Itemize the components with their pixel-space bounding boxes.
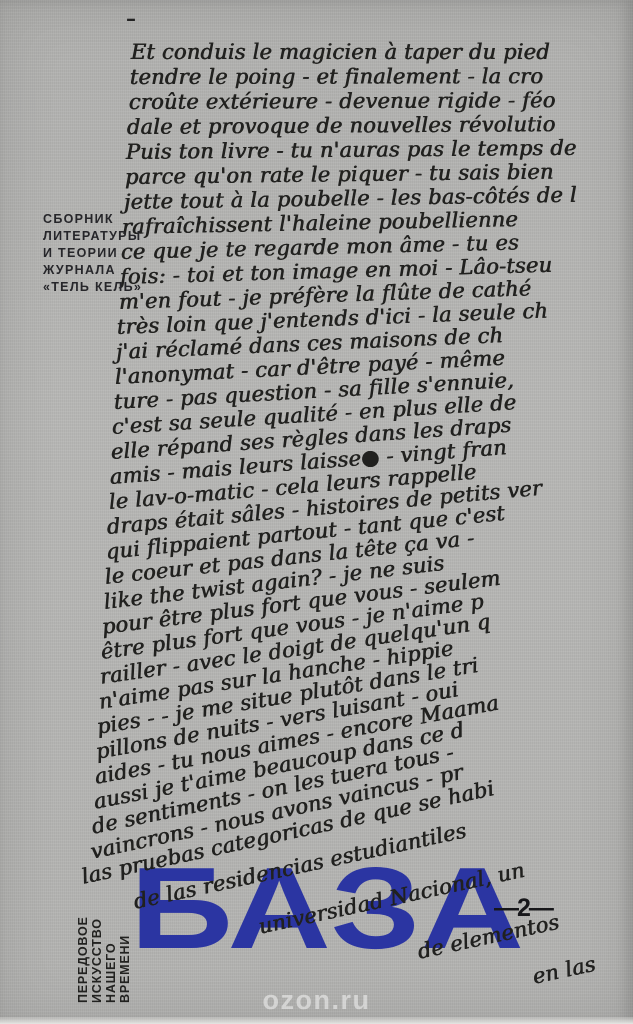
page-bottom-edge <box>0 1017 633 1024</box>
spine-line: ПЕРЕДОВОЕ <box>76 833 90 1003</box>
issue-number: —2— <box>494 894 552 923</box>
spine-line: НАШЕГО <box>104 833 118 1003</box>
handwriting-line: Et conduis le magicien à taper du pied <box>131 40 550 64</box>
spine-vertical-text: ПЕРЕДОВОЕИСКУССТВОНАШЕГОВРЕМЕНИ <box>76 833 132 1003</box>
spine-line: ВРЕМЕНИ <box>118 833 132 1003</box>
publisher-line: СБОРНИК <box>43 211 142 228</box>
handwriting-line: croûte extérieure - devenue rigide - féo <box>128 88 555 114</box>
publisher-line: ЖУРНАЛА <box>43 262 142 279</box>
publisher-block: СБОРНИКЛИТЕРАТУРЫИ ТЕОРИИЖУРНАЛА«ТЕЛЬ КЕ… <box>43 211 142 296</box>
handwriting-line: dale et provoque de nouvelles révolutio <box>127 112 556 139</box>
ozon-watermark: ozon.ru <box>0 985 633 1016</box>
handwriting-line: en las <box>530 952 597 989</box>
book-cover: – Et conduis le magicien à taper du pied… <box>0 0 633 1024</box>
spine-line: ИСКУССТВО <box>90 833 104 1003</box>
publisher-line: «ТЕЛЬ КЕЛЬ» <box>43 279 142 296</box>
publisher-line: ЛИТЕРАТУРЫ <box>43 228 142 245</box>
publisher-line: И ТЕОРИИ <box>43 245 142 262</box>
handwriting-line: tendre le poing - et finalement - la cro <box>130 64 543 89</box>
